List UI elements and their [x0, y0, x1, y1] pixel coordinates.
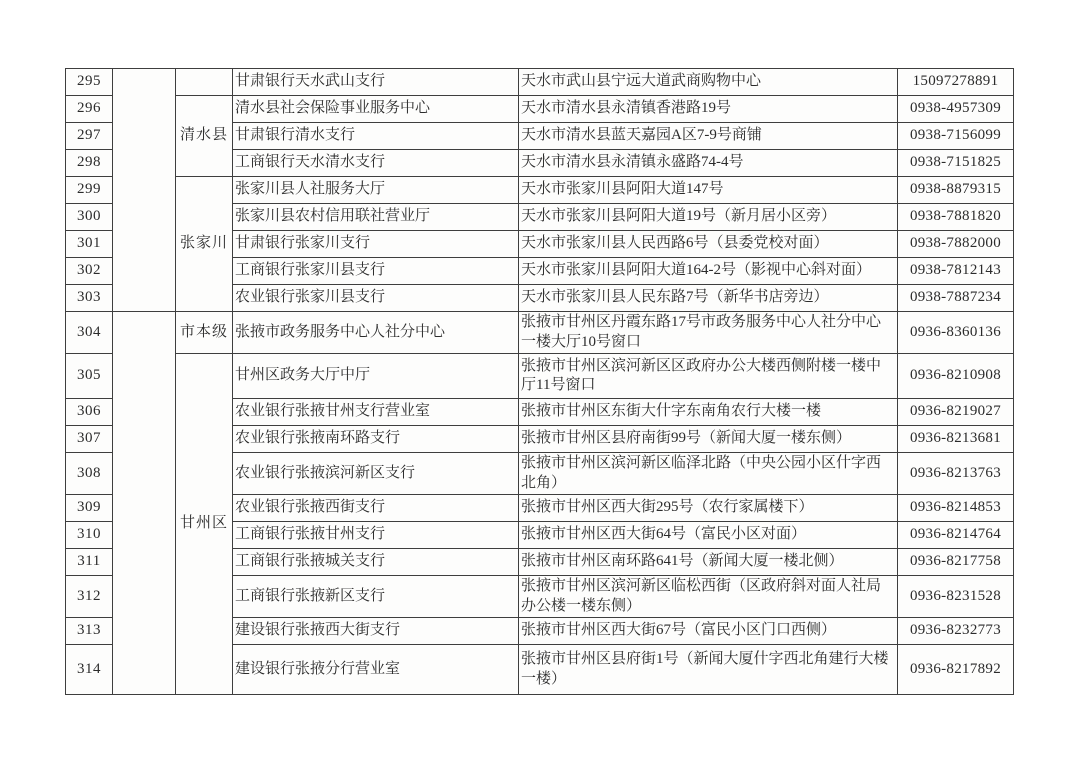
address-cell: 天水市清水县永清镇永盛路74-4号	[519, 150, 898, 177]
phone-cell: 0936-8214764	[898, 522, 1014, 549]
row-number-cell: 302	[66, 258, 113, 285]
address-cell: 张掖市甘州区西大街64号（富民小区对面）	[519, 522, 898, 549]
phone-cell: 0938-7156099	[898, 123, 1014, 150]
address-cell: 张掖市甘州区西大街67号（富民小区门口西侧）	[519, 618, 898, 645]
service-centers-table: 295 甘肃银行天水武山支行 天水市武山县宁远大道武商购物中心 15097278…	[65, 68, 1014, 695]
phone-cell: 0936-8210908	[898, 354, 1014, 399]
institution-cell: 工商银行张掖甘州支行	[233, 522, 519, 549]
row-number-cell: 297	[66, 123, 113, 150]
address-cell: 张掖市甘州区东街大什字东南角农行大楼一楼	[519, 399, 898, 426]
row-number-cell: 313	[66, 618, 113, 645]
row-number-cell: 312	[66, 576, 113, 618]
row-number-cell: 307	[66, 426, 113, 453]
phone-cell: 0936-8232773	[898, 618, 1014, 645]
address-cell: 天水市张家川县阿阳大道164-2号（影视中心斜对面）	[519, 258, 898, 285]
phone-cell: 0936-8214853	[898, 495, 1014, 522]
phone-cell: 0938-7151825	[898, 150, 1014, 177]
phone-cell: 0938-4957309	[898, 96, 1014, 123]
row-number-cell: 304	[66, 312, 113, 354]
address-cell: 张掖市甘州区县府南街99号（新闻大厦一楼东侧）	[519, 426, 898, 453]
row-number-cell: 306	[66, 399, 113, 426]
table-row: 295 甘肃银行天水武山支行 天水市武山县宁远大道武商购物中心 15097278…	[66, 69, 1014, 96]
row-number-cell: 308	[66, 453, 113, 495]
region-cell: 清水县	[176, 96, 233, 177]
row-number-cell: 311	[66, 549, 113, 576]
institution-cell: 甘肃银行天水武山支行	[233, 69, 519, 96]
address-cell: 天水市清水县永清镇香港路19号	[519, 96, 898, 123]
region-cell: 张家川	[176, 177, 233, 312]
institution-cell: 张家川县农村信用联社营业厅	[233, 204, 519, 231]
region-cell: 市本级	[176, 312, 233, 354]
address-cell: 张掖市甘州区南环路641号（新闻大厦一楼北侧）	[519, 549, 898, 576]
address-cell: 天水市张家川县阿阳大道147号	[519, 177, 898, 204]
institution-cell: 工商银行张掖城关支行	[233, 549, 519, 576]
institution-cell: 农业银行张掖南环路支行	[233, 426, 519, 453]
city-cell	[113, 312, 176, 695]
address-cell: 张掖市甘州区县府街1号（新闻大厦什字西北角建行大楼一楼）	[519, 645, 898, 695]
city-cell	[113, 69, 176, 312]
row-number-cell: 296	[66, 96, 113, 123]
institution-cell: 甘肃银行张家川支行	[233, 231, 519, 258]
phone-cell: 0936-8213763	[898, 453, 1014, 495]
address-cell: 天水市张家川县人民西路6号（县委党校对面）	[519, 231, 898, 258]
phone-cell: 0936-8213681	[898, 426, 1014, 453]
phone-cell: 0938-8879315	[898, 177, 1014, 204]
institution-cell: 建设银行张掖西大街支行	[233, 618, 519, 645]
institution-cell: 工商银行张家川县支行	[233, 258, 519, 285]
row-number-cell: 301	[66, 231, 113, 258]
phone-cell: 0936-8217758	[898, 549, 1014, 576]
institution-cell: 甘州区政务大厅中厅	[233, 354, 519, 399]
phone-cell: 0936-8219027	[898, 399, 1014, 426]
phone-cell: 15097278891	[898, 69, 1014, 96]
institution-cell: 工商银行天水清水支行	[233, 150, 519, 177]
institution-cell: 甘肃银行清水支行	[233, 123, 519, 150]
row-number-cell: 298	[66, 150, 113, 177]
row-number-cell: 314	[66, 645, 113, 695]
phone-cell: 0938-7812143	[898, 258, 1014, 285]
institution-cell: 农业银行张掖甘州支行营业室	[233, 399, 519, 426]
institution-cell: 清水县社会保险事业服务中心	[233, 96, 519, 123]
address-cell: 张掖市甘州区西大街295号（农行家属楼下）	[519, 495, 898, 522]
institution-cell: 农业银行张掖滨河新区支行	[233, 453, 519, 495]
row-number-cell: 303	[66, 285, 113, 312]
row-number-cell: 309	[66, 495, 113, 522]
institution-cell: 农业银行张掖西街支行	[233, 495, 519, 522]
table-row: 299 张家川 张家川县人社服务大厅 天水市张家川县阿阳大道147号 0938-…	[66, 177, 1014, 204]
row-number-cell: 300	[66, 204, 113, 231]
institution-cell: 建设银行张掖分行营业室	[233, 645, 519, 695]
phone-cell: 0936-8360136	[898, 312, 1014, 354]
row-number-cell: 310	[66, 522, 113, 549]
address-cell: 天水市张家川县人民东路7号（新华书店旁边）	[519, 285, 898, 312]
address-cell: 天水市张家川县阿阳大道19号（新月居小区旁）	[519, 204, 898, 231]
address-cell: 张掖市甘州区滨河新区临松西街（区政府斜对面人社局办公楼一楼东侧）	[519, 576, 898, 618]
row-number-cell: 305	[66, 354, 113, 399]
address-cell: 张掖市甘州区丹霞东路17号市政务服务中心人社分中心一楼大厅10号窗口	[519, 312, 898, 354]
row-number-cell: 295	[66, 69, 113, 96]
phone-cell: 0938-7887234	[898, 285, 1014, 312]
region-cell	[176, 69, 233, 96]
address-cell: 张掖市甘州区滨河新区临泽北路（中央公园小区什字西北角）	[519, 453, 898, 495]
region-cell: 甘州区	[176, 354, 233, 695]
row-number-cell: 299	[66, 177, 113, 204]
institution-cell: 张家川县人社服务大厅	[233, 177, 519, 204]
table-row: 296 清水县 清水县社会保险事业服务中心 天水市清水县永清镇香港路19号 09…	[66, 96, 1014, 123]
phone-cell: 0938-7882000	[898, 231, 1014, 258]
institution-cell: 张掖市政务服务中心人社分中心	[233, 312, 519, 354]
institution-cell: 工商银行张掖新区支行	[233, 576, 519, 618]
phone-cell: 0936-8217892	[898, 645, 1014, 695]
address-cell: 天水市武山县宁远大道武商购物中心	[519, 69, 898, 96]
institution-cell: 农业银行张家川县支行	[233, 285, 519, 312]
table-row: 305 甘州区 甘州区政务大厅中厅 张掖市甘州区滨河新区区政府办公大楼西侧附楼一…	[66, 354, 1014, 399]
phone-cell: 0938-7881820	[898, 204, 1014, 231]
phone-cell: 0936-8231528	[898, 576, 1014, 618]
table-row: 304 市本级 张掖市政务服务中心人社分中心 张掖市甘州区丹霞东路17号市政务服…	[66, 312, 1014, 354]
address-cell: 张掖市甘州区滨河新区区政府办公大楼西侧附楼一楼中厅11号窗口	[519, 354, 898, 399]
address-cell: 天水市清水县蓝天嘉园A区7-9号商铺	[519, 123, 898, 150]
